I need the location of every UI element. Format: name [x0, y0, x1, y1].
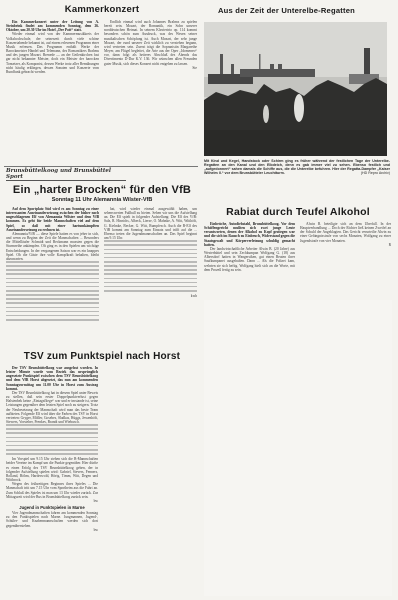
text-filler — [6, 424, 98, 455]
divider — [4, 166, 198, 167]
headline-kammerkonzert: Kammerkonzert — [6, 4, 198, 16]
tsv-col: Der TSV Brunsbüttelkoog war ausgelost wo… — [6, 366, 98, 532]
article-vfb: Brunsbüttelkoog und Brunsbüttel Sport Ei… — [6, 168, 198, 359]
headline-regatten: Aus der Zeit der Unterelbe-Regatten — [204, 6, 394, 16]
vfb-body-2: hat, wird wieder einmal ausgewählt haben… — [104, 207, 197, 240]
regatta-caption: Mit Kind und Kegel, Handstock oder Schir… — [204, 159, 390, 175]
vfb-lead: Auf dem Sportplatz Süd wird es am Sonnta… — [6, 207, 99, 232]
tsv-body-1: Der TSV Brunsbüttelkoog hat in diesem Sp… — [6, 391, 98, 424]
article-tsv: TSV zum Punktspiel nach Horst Der TSV Br… — [6, 350, 198, 532]
kammerkonzert-lead: Ein Kammerkonzert unter der Leitung von … — [6, 20, 99, 32]
subheadline-vfb: Sonntag 11 Uhr Alemannia Wilster-VfB — [6, 197, 198, 204]
vfb-body-1: Alemannia/VfB — diese Spiele hatten es v… — [6, 232, 99, 261]
alkohol-lead: Einbrüche, Autodiebstahl, Brunsbüttelkoo… — [204, 222, 295, 247]
article-kammerkonzert: Kammerkonzert Ein Kammerkonzert unter de… — [6, 4, 198, 74]
alkohol-body-2: Alwin B. beteiligte sich an dem Überfall… — [300, 222, 391, 243]
kammerkonzert-col2: Endlich einmal wird auch Johannes Brahms… — [104, 20, 197, 74]
text-filler — [104, 240, 197, 291]
alkohol-col1: Einbrüche, Autodiebstahl, Brunsbüttelkoo… — [204, 222, 295, 300]
article-alkohol: Rabiat durch Teufel Alkohol Einbrüche, A… — [204, 206, 392, 300]
vfb-signature: kwh — [191, 294, 197, 298]
regatta-photo-illustration — [204, 22, 387, 156]
kammerkonzert-body-2: Endlich einmal wird auch Johannes Brahms… — [104, 20, 197, 66]
tsv-body-3: Wegen des frühzeitigen Beginnes ihres Sp… — [6, 482, 98, 499]
faded-area — [204, 300, 392, 596]
kammerkonzert-signature: Sie — [192, 66, 197, 70]
kammerkonzert-col1: Ein Kammerkonzert unter der Leitung von … — [6, 20, 99, 74]
headline-tsv: TSV zum Punktspiel nach Horst — [6, 350, 198, 363]
vfb-col1: Auf dem Sportplatz Süd wird es am Sonnta… — [6, 207, 99, 359]
tsv-signature: bw — [6, 499, 98, 503]
regatta-photo — [204, 22, 387, 156]
alkohol-col2: Alwin B. beteiligte sich an dem Überfall… — [300, 222, 391, 300]
kammerkonzert-body-1: Wieder einmal wird von der Kammermusikkr… — [6, 32, 99, 74]
section-kicker: Brunsbüttelkoog und Brunsbüttel Sport — [6, 168, 126, 181]
alkohol-signature: R — [389, 243, 391, 247]
text-filler — [6, 261, 99, 321]
headline-vfb: Ein „harter Brocken“ für den VfB — [6, 184, 198, 197]
newspaper-page: Kammerkonzert Ein Kammerkonzert unter de… — [0, 0, 398, 600]
jugend-signature: bw — [6, 528, 98, 532]
jugend-body: Vier Jugendmannschaften fahren am kommen… — [6, 511, 98, 528]
tsv-lead: Der TSV Brunsbüttelkoog war ausgelost wo… — [6, 366, 98, 391]
alkohol-body-1: Der landwirtschaftliche Arbeiter Alwin B… — [204, 247, 295, 272]
vfb-col2: hat, wird wieder einmal ausgewählt haben… — [104, 207, 197, 359]
caption-source: (HD Repro Archiv) — [361, 171, 390, 175]
headline-alkohol: Rabiat durch Teufel Alkohol — [204, 206, 392, 219]
tsv-body-2: Im Vorspiel um 9.15 Uhr stehen sich die … — [6, 457, 98, 482]
article-regatten: Aus der Zeit der Unterelbe-Regatten — [204, 6, 394, 16]
